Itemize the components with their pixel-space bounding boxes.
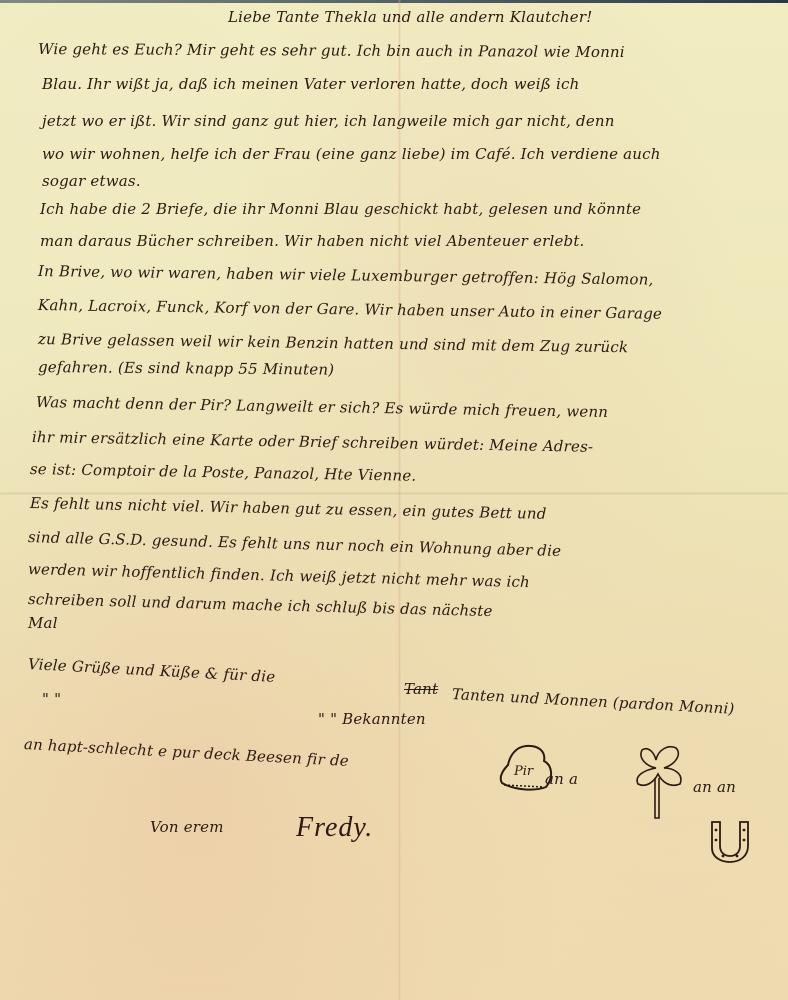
letter-line: wo wir wohnen, helfe ich der Frau (eine …	[42, 145, 661, 163]
letter-line: zu Brive gelassen weil wir kein Benzin h…	[38, 330, 629, 356]
salutation: Liebe Tante Thekla und alle andern Klaut…	[228, 8, 592, 26]
svg-text:Pir: Pir	[513, 764, 534, 779]
letter-line: Blau. Ihr wißt ja, daß ich meinen Vater …	[42, 75, 579, 93]
letter-line: schreiben soll und darum mache ich schlu…	[28, 590, 493, 620]
struck-word: Tant	[404, 680, 438, 698]
letter-line: Was macht denn der Pir? Langweilt er sic…	[36, 393, 608, 421]
letter-line: Kahn, Lacroix, Funck, Korf von der Gare.…	[38, 296, 662, 323]
closing: Von erem	[150, 818, 224, 836]
letter-line: ihr mir ersätzlich eine Karte oder Brief…	[32, 428, 594, 456]
letter-line: gefahren. (Es sind knapp 55 Minuten)	[38, 358, 334, 379]
letter-line: man daraus Bücher schreiben. Wir haben n…	[40, 232, 585, 250]
letter-line: Viele Grüße und Küße & für die	[28, 655, 276, 686]
clover-drawing	[628, 742, 688, 822]
letter-line: se ist: Comptoir de la Poste, Panazol, H…	[30, 460, 417, 485]
letter-line: jetzt wo er ißt. Wir sind ganz gut hier,…	[42, 112, 615, 130]
letter-line: an hapt-schlecht e pur deck Beesen fir d…	[24, 735, 350, 770]
letter-line: Es fehlt uns nicht viel. Wir haben gut z…	[30, 494, 547, 523]
letter-line: In Brive, wo wir waren, haben wir viele …	[38, 262, 654, 289]
horseshoe-drawing	[708, 818, 752, 864]
letter-line: " " Bekannten	[318, 710, 426, 728]
letter-page: Liebe Tante Thekla und alle andern Klaut…	[0, 0, 788, 1000]
scan-top-edge	[0, 0, 788, 3]
letter-line: an an	[693, 778, 736, 796]
letter-line: sind alle G.S.D. gesund. Es fehlt uns nu…	[28, 528, 562, 560]
letter-line: sogar etwas.	[42, 172, 141, 190]
letter-line: Tanten und Monnen (pardon Monni)	[452, 685, 735, 718]
horizontal-fold-crease	[0, 492, 788, 495]
pir-cap-drawing: Pir	[496, 743, 556, 793]
ditto-marks: " "	[42, 690, 61, 708]
letter-line: Ich habe die 2 Briefe, die ihr Monni Bla…	[40, 200, 641, 218]
letter-line: Wie geht es Euch? Mir geht es sehr gut. …	[38, 40, 625, 61]
letter-line: Mal	[28, 614, 58, 632]
signature: Fredy.	[296, 812, 373, 844]
letter-line: werden wir hoffentlich finden. Ich weiß …	[28, 560, 530, 591]
